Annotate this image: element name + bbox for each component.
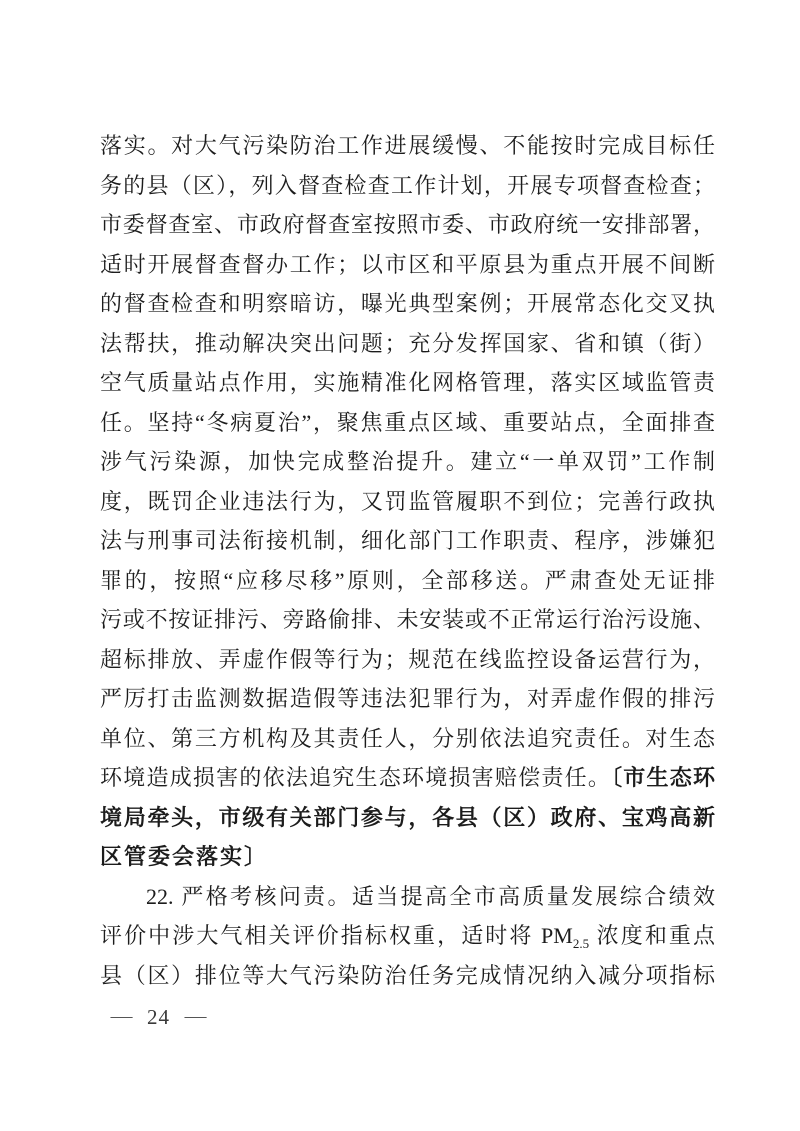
text-line: 污或不按证排污、旁路偷排、未安装或不正常运行治污设施、 <box>100 600 715 640</box>
text-line: 市委督查室、市政府督查室按照市委、市政府统一安排部署， <box>100 205 715 245</box>
text-segment: PM <box>541 923 573 948</box>
text-line: 环境造成损害的依法追究生态环境损害赔偿责任。〔市生态环 <box>100 758 715 798</box>
text-line: 的督查检查和明察暗访，曝光典型案例；开展常态化交叉执 <box>100 284 715 324</box>
text-segment: 县（区）排位等大气污染防治任务完成情况纳入减分项指标 <box>100 963 715 988</box>
text-segment: 空气质量站点作用，实施精准化网格管理，落实区域监管责 <box>100 370 715 395</box>
text-segment: 度，既罚企业违法行为，又罚监管履职不到位；完善行政执 <box>100 489 715 514</box>
text-line: 22. 严格考核问责。适当提高全市高质量发展综合绩效 <box>100 877 715 917</box>
text-segment: 法与刑事司法衔接机制，细化部门工作职责、程序，涉嫌犯 <box>100 528 715 553</box>
text-segment: 任。坚持“冬病夏治”，聚焦重点区域、重要站点，全面排查 <box>100 410 715 435</box>
text-line: 涉气污染源，加快完成整治提升。建立“一单双罚”工作制 <box>100 442 715 482</box>
text-segment: 落实。对大气污染防治工作进展缓慢、不能按时完成目标任 <box>100 133 715 158</box>
text-segment: 评价中涉大气相关评价指标权重，适时将 <box>100 923 541 948</box>
text-segment: 22. 严格考核问责。适当提高全市高质量发展综合绩效 <box>146 884 715 909</box>
text-segment: 〔市生态环 <box>611 765 715 790</box>
text-segment: 适时开展督查督办工作；以市区和平原县为重点开展不间断 <box>100 252 715 277</box>
text-segment: 法帮扶，推动解决突出问题；充分发挥国家、省和镇（街） <box>100 331 715 356</box>
text-line: 度，既罚企业违法行为，又罚监管履职不到位；完善行政执 <box>100 482 715 522</box>
text-line: 任。坚持“冬病夏治”，聚焦重点区域、重要站点，全面排查 <box>100 403 715 443</box>
text-segment: 严厉打击监测数据造假等违法犯罪行为，对弄虚作假的排污 <box>100 686 715 711</box>
text-segment: 2.5 <box>573 936 589 951</box>
text-segment: 环境造成损害的依法追究生态环境损害赔偿责任。 <box>100 765 611 790</box>
text-line: 法与刑事司法衔接机制，细化部门工作职责、程序，涉嫌犯 <box>100 521 715 561</box>
text-line: 评价中涉大气相关评价指标权重，适时将 PM2.5 浓度和重点 <box>100 916 715 956</box>
text-segment: 涉气污染源，加快完成整治提升。建立“一单双罚”工作制 <box>100 449 715 474</box>
text-line: 务的县（区），列入督查检查工作计划，开展专项督查检查； <box>100 166 715 206</box>
text-segment: 罪的，按照“应移尽移”原则，全部移送。严肃查处无证排 <box>100 568 715 593</box>
text-segment: 的督查检查和明察暗访，曝光典型案例；开展常态化交叉执 <box>100 291 715 316</box>
text-segment: 市委督查室、市政府督查室按照市委、市政府统一安排部署， <box>100 212 715 237</box>
text-segment: 浓度和重点 <box>589 923 715 948</box>
body-text: 落实。对大气污染防治工作进展缓慢、不能按时完成目标任务的县（区），列入督查检查工… <box>100 126 715 995</box>
text-line: 空气质量站点作用，实施精准化网格管理，落实区域监管责 <box>100 363 715 403</box>
text-segment: 超标排放、弄虚作假等行为；规范在线监控设备运营行为， <box>100 647 715 672</box>
text-line: 境局牵头，市级有关部门参与，各县（区）政府、宝鸡高新 <box>100 798 715 838</box>
text-line: 超标排放、弄虚作假等行为；规范在线监控设备运营行为， <box>100 640 715 680</box>
text-segment: 务的县（区），列入督查检查工作计划，开展专项督查检查； <box>100 173 715 198</box>
text-line: 落实。对大气污染防治工作进展缓慢、不能按时完成目标任 <box>100 126 715 166</box>
text-segment: 污或不按证排污、旁路偷排、未安装或不正常运行治污设施、 <box>100 607 715 632</box>
text-line: 严厉打击监测数据造假等违法犯罪行为，对弄虚作假的排污 <box>100 679 715 719</box>
page-number-dash-right: — <box>185 1006 207 1028</box>
text-segment: 区管委会落实〕 <box>100 844 268 869</box>
text-segment: 境局牵头，市级有关部门参与，各县（区）政府、宝鸡高新 <box>100 805 715 830</box>
text-line: 罪的，按照“应移尽移”原则，全部移送。严肃查处无证排 <box>100 561 715 601</box>
text-line: 县（区）排位等大气污染防治任务完成情况纳入减分项指标 <box>100 956 715 996</box>
text-line: 区管委会落实〕 <box>100 837 715 877</box>
document-page: 落实。对大气污染防治工作进展缓慢、不能按时完成目标任务的县（区），列入督查检查工… <box>0 0 800 1131</box>
text-segment: 单位、第三方机构及其责任人，分别依法追究责任。对生态 <box>100 726 715 751</box>
text-line: 适时开展督查督办工作；以市区和平原县为重点开展不间断 <box>100 245 715 285</box>
page-number-dash-left: — <box>111 1006 133 1028</box>
text-line: 单位、第三方机构及其责任人，分别依法追究责任。对生态 <box>100 719 715 759</box>
page-number-value: 24 <box>147 1005 170 1030</box>
text-line: 法帮扶，推动解决突出问题；充分发挥国家、省和镇（街） <box>100 324 715 364</box>
page-number: — 24 — <box>112 1002 205 1032</box>
